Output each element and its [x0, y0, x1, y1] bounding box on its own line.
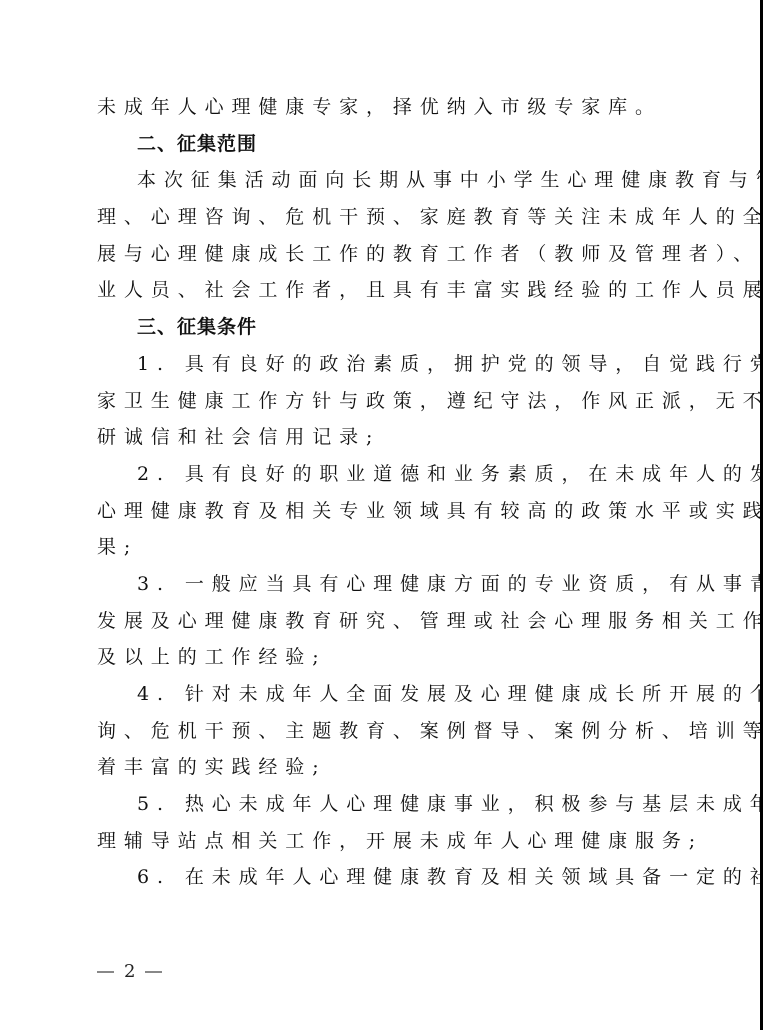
page-number-value: 2: [124, 960, 135, 984]
list-item-5-line: 理辅导站点相关工作，开展未成年人心理健康服务;: [97, 823, 665, 860]
list-item-3-line: 3. 一般应当具有心理健康方面的专业资质，有从事青少年: [97, 566, 665, 603]
section-heading-conditions: 三、征集条件: [97, 309, 665, 346]
list-item-2-line: 果;: [97, 529, 665, 566]
dash-left: [97, 971, 114, 973]
list-item-1-line: 家卫生健康工作方针与政策，遵纪守法，作风正派，无不良科: [97, 383, 665, 420]
list-item-5-line: 5. 热心未成年人心理健康事业，积极参与基层未成年人心: [97, 786, 665, 823]
list-item-1-line: 研诚信和社会信用记录;: [97, 419, 665, 456]
list-item-6-line: 6. 在未成年人心理健康教育及相关领域具备一定的社会影: [97, 859, 665, 896]
list-item-3-line: 及以上的工作经验;: [97, 639, 665, 676]
document-body: 未成年人心理健康专家，择优纳入市级专家库。 二、征集范围 本次征集活动面向长期从…: [97, 89, 665, 896]
list-item-2-line: 心理健康教育及相关专业领域具有较高的政策水平或实践成: [97, 493, 665, 530]
paragraph-line: 本次征集活动面向长期从事中小学生心理健康教育与管: [97, 162, 665, 199]
list-item-4-line: 着丰富的实践经验;: [97, 749, 665, 786]
list-item-4-line: 4. 针对未成年人全面发展及心理健康成长所开展的个案咨: [97, 676, 665, 713]
paragraph-line: 理、心理咨询、危机干预、家庭教育等关注未成年人的全面发: [97, 199, 665, 236]
list-item-2-line: 2. 具有良好的职业道德和业务素质，在未成年人的发展与: [97, 456, 665, 493]
document-page: 未成年人心理健康专家，择优纳入市级专家库。 二、征集范围 本次征集活动面向长期从…: [0, 0, 760, 1030]
page-number: 2: [97, 960, 162, 984]
paragraph-line: 业人员、社会工作者，且具有丰富实践经验的工作人员展开。: [97, 272, 665, 309]
dash-right: [145, 971, 162, 973]
list-item-4-line: 询、危机干预、主题教育、案例督导、案例分析、培训等，有: [97, 713, 665, 750]
paragraph-line: 展与心理健康成长工作的教育工作者（教师及管理者）、咨询从: [97, 236, 665, 273]
list-item-1-line: 1. 具有良好的政治素质，拥护党的领导，自觉践行党和国: [97, 346, 665, 383]
list-item-3-line: 发展及心理健康教育研究、管理或社会心理服务相关工作 2 年: [97, 603, 665, 640]
section-heading-scope: 二、征集范围: [97, 126, 665, 163]
paragraph-line: 未成年人心理健康专家，择优纳入市级专家库。: [97, 89, 665, 126]
